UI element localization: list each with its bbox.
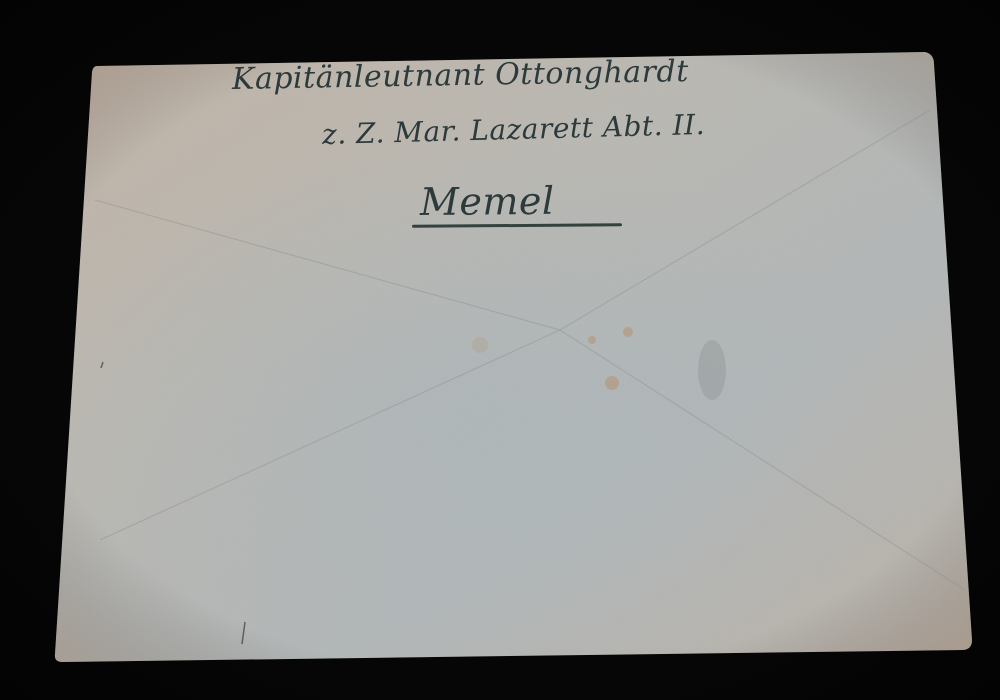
- photo-scene: Kapitänleutnant Ottonghardt z. Z. Mar. L…: [0, 0, 1000, 700]
- address-line-city: Memel: [420, 179, 555, 224]
- smudge: [698, 340, 726, 400]
- envelope: [0, 0, 1000, 700]
